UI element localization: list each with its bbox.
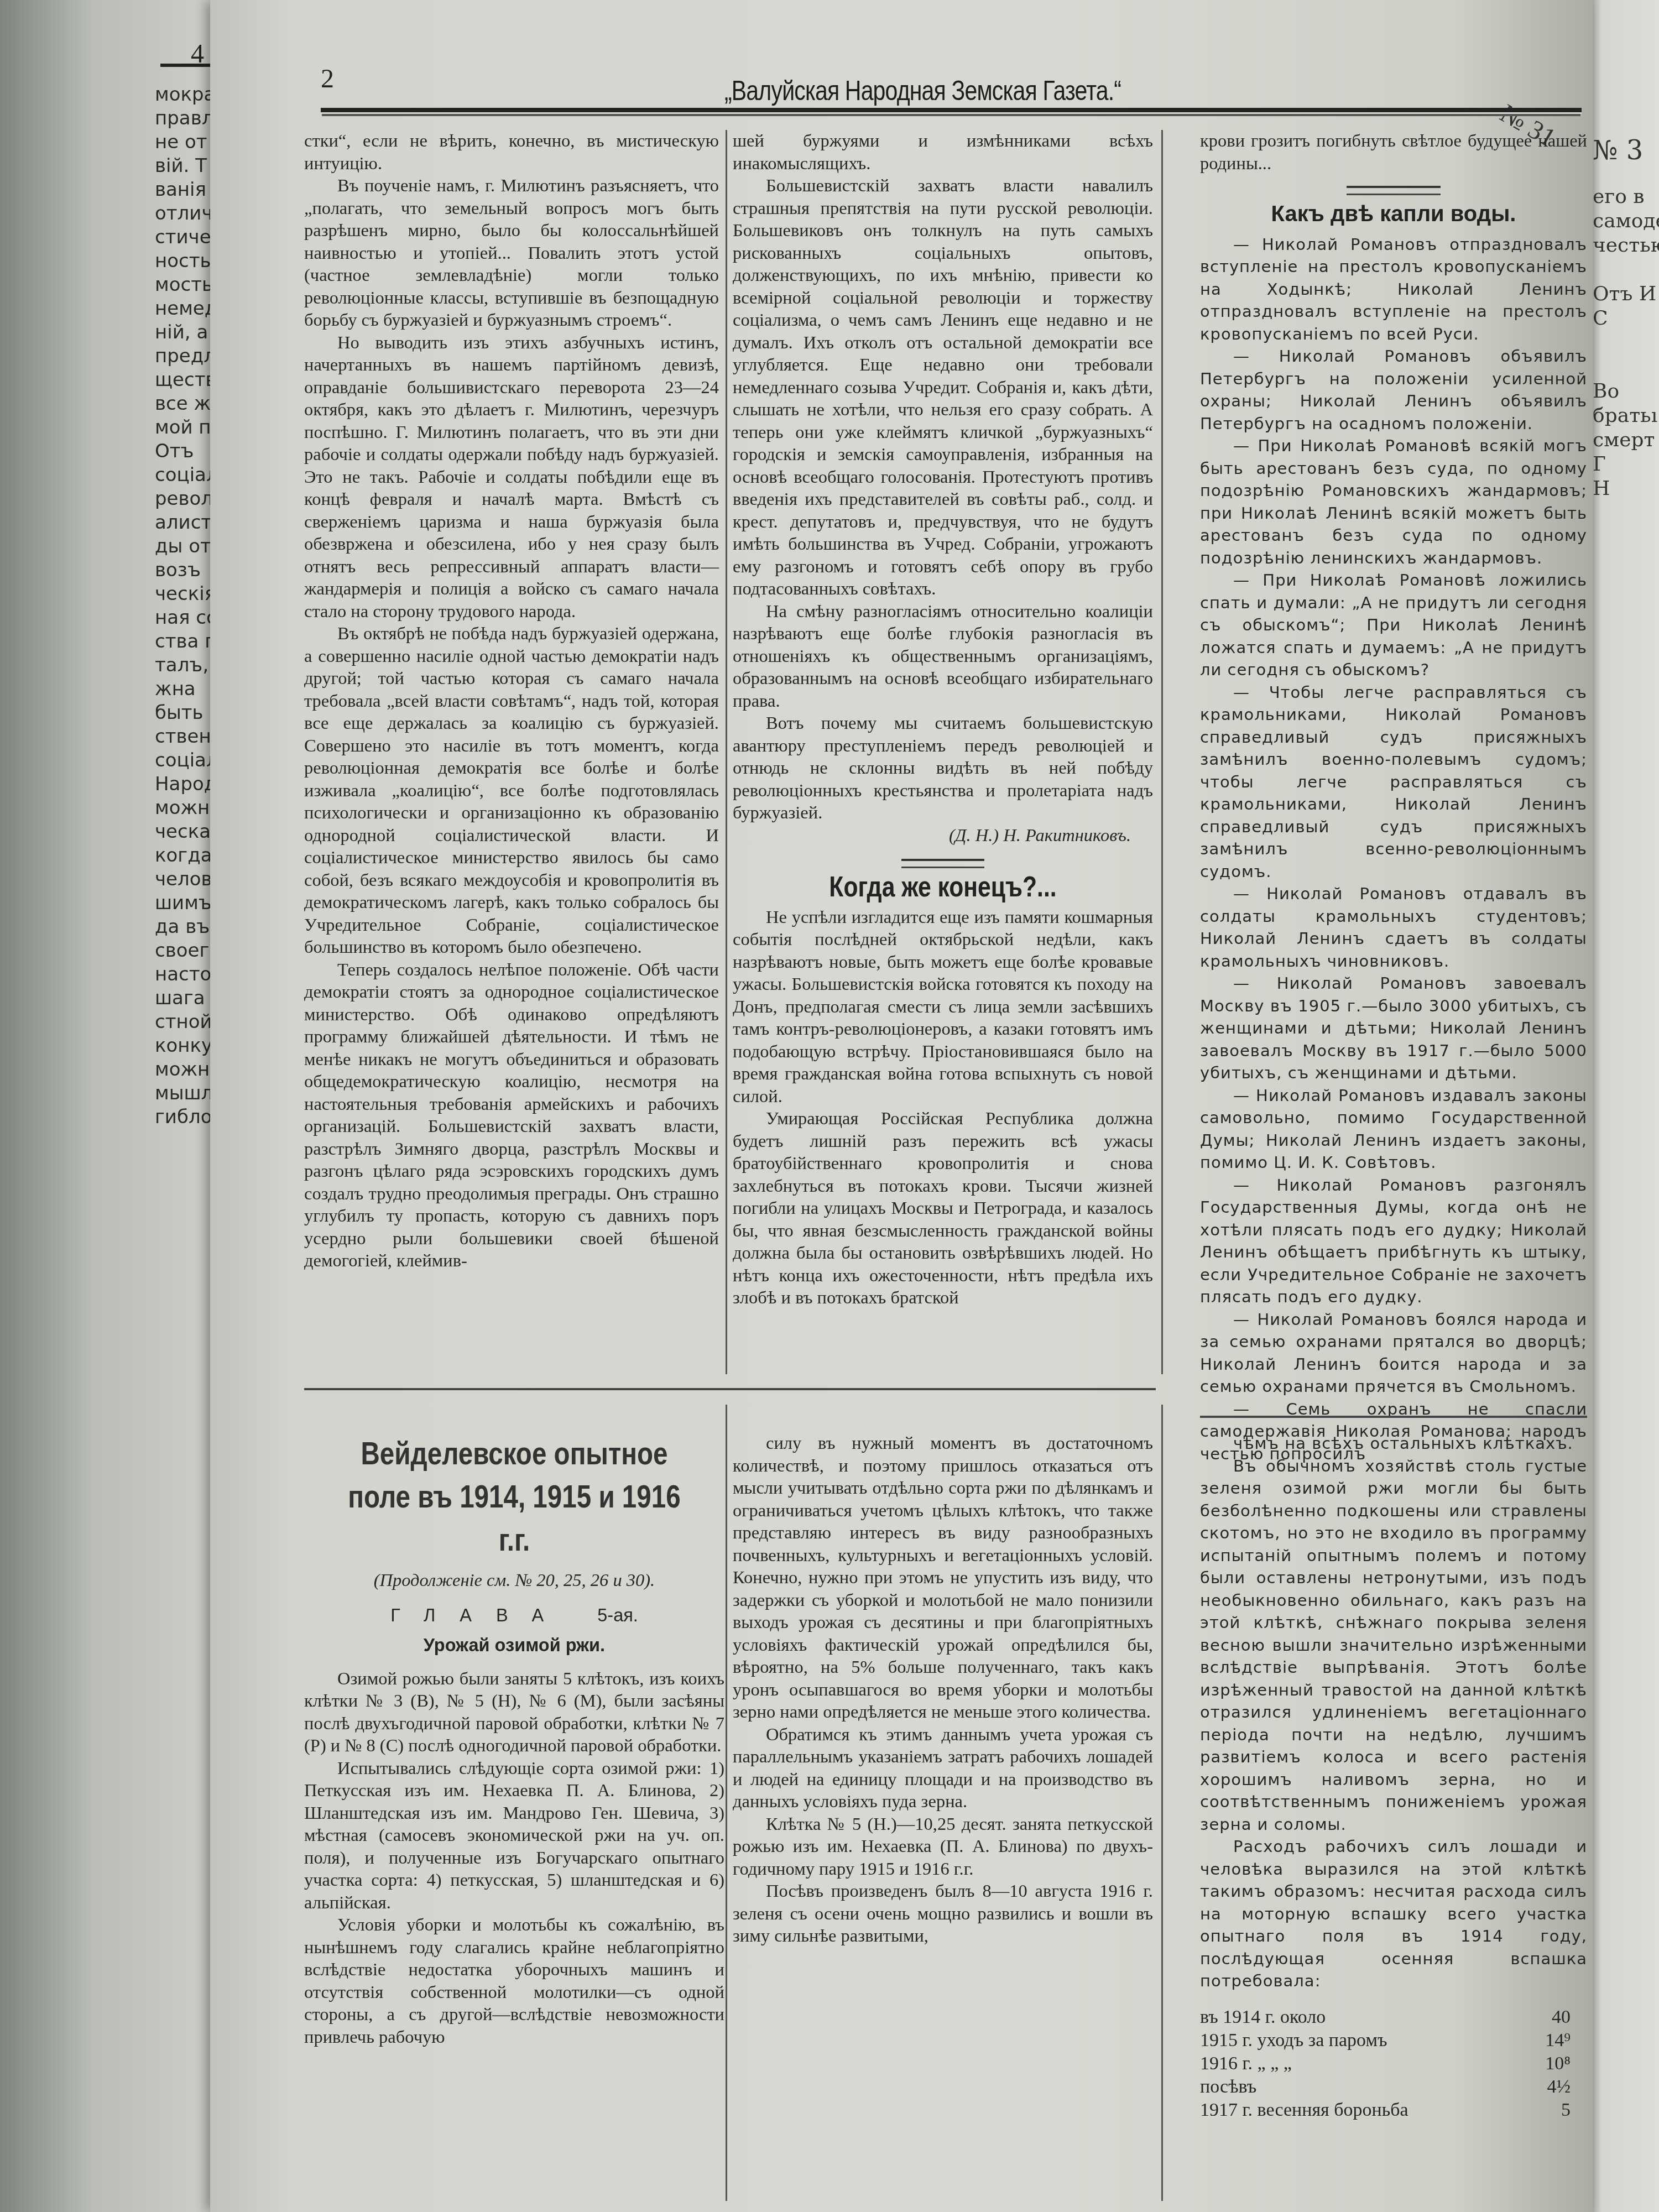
chapter-number: 5-ая.	[597, 1605, 638, 1625]
article-paragraph: Испытывались слѣдующіе сорта озимой ржи:…	[304, 1757, 724, 1914]
row-value: 4½	[1547, 2075, 1588, 2099]
headline-experimental-field: Вейделевское опытное поле въ 1914, 1915 …	[342, 1432, 686, 1562]
field-article-column-1: Вейделевское опытное поле въ 1914, 1915 …	[304, 1432, 724, 2048]
masthead-rule	[321, 108, 1582, 114]
underlying-previous-page: 4 мокраправлне отвій. Тваніяотличастичес…	[0, 0, 232, 2212]
row-label: въ 1914 г. около	[1200, 2006, 1326, 2029]
next-page-fragments: № 3его всамодечестью Отъ ИС Вобратьıсмер…	[1593, 138, 1659, 501]
labor-table: въ 1914 г. около401915 г. уходъ за паром…	[1200, 2006, 1587, 2122]
comparison-item: — Николай Романовъ отпраздновалъ вступле…	[1200, 233, 1587, 346]
row-label: посѣвъ	[1200, 2075, 1256, 2099]
article-column-2: шей буржуями и измѣнниками всѣхъ инакомы…	[733, 130, 1153, 1310]
labor-table-row: посѣвъ4½	[1200, 2075, 1587, 2099]
article-paragraph: Посѣвъ произведенъ былъ 8—10 августа 191…	[733, 1880, 1153, 1948]
article-paragraph: чѣмъ на всѣхъ остальныхъ клѣткахъ.	[1200, 1432, 1587, 1455]
column-divider	[1161, 130, 1163, 1374]
column-divider	[726, 130, 727, 1374]
comparison-item: — Николай Романовъ разгонялъ Государстве…	[1200, 1174, 1587, 1308]
comparison-item: — Николай Романовъ издавалъ законы самов…	[1200, 1084, 1587, 1174]
article-column-1: стки“, если не вѣрить, конечно, въ мисти…	[304, 130, 719, 1272]
article-paragraph: силу въ нужный моментъ въ достаточномъ к…	[733, 1432, 1153, 1724]
article-paragraph: шей буржуями и измѣнниками всѣхъ инакомы…	[733, 130, 1153, 175]
section-rule	[1200, 1416, 1587, 1418]
article-paragraph: Озимой рожью были заняты 5 клѣтокъ, изъ …	[304, 1668, 724, 1757]
chapter-label: ГЛАВА	[390, 1605, 568, 1625]
article-paragraph: Обратимся къ этимъ даннымъ учета урожая …	[733, 1724, 1153, 1813]
headline-two-drops: Какъ двѣ капли воды.	[1200, 203, 1587, 226]
article-paragraph: Въ поученіе намъ, г. Милютинъ разъясняет…	[304, 175, 719, 332]
comparison-item: — При Николаѣ Романовѣ ложились спать и …	[1200, 569, 1587, 681]
subheading-rye-harvest: Урожай озимой ржи.	[304, 1634, 724, 1657]
article-paragraph: Не успѣли изгладится еще изъ памяти кошм…	[733, 906, 1153, 1108]
continued-text: крови грозитъ погибнуть свѣтлое будущее …	[1200, 130, 1587, 175]
article-paragraph: Но выводить изъ этихъ азбучныхъ истинъ, …	[304, 332, 719, 623]
article-paragraph: Умирающая Россійская Республика должна б…	[733, 1108, 1153, 1310]
field-article-column-2: силу въ нужный моментъ въ достаточномъ к…	[733, 1432, 1153, 1948]
article-paragraph: На смѣну разногласіямъ относительно коал…	[733, 601, 1153, 713]
row-value: 14⁹	[1545, 2029, 1587, 2052]
field-article-column-3: чѣмъ на всѣхъ остальныхъ клѣткахъ.Въ обы…	[1200, 1432, 1587, 2122]
next-page-edge: № 3его всамодечестью Отъ ИС Вобратьıсмер…	[1587, 0, 1659, 2212]
article-paragraph: Въ октябрѣ не побѣда надъ буржуазіей оде…	[304, 623, 719, 959]
section-divider	[1347, 186, 1441, 195]
newspaper-page: 2 „Валуйская Народная Земская Газета.“ №…	[210, 0, 1593, 2212]
article-paragraph: Расходъ рабочихъ силъ лошади и человѣка …	[1200, 1835, 1587, 1992]
article-paragraph: Въ обычномъ хозяйствѣ столь густые зелен…	[1200, 1455, 1587, 1836]
masthead-title: „Валуйская Народная Земская Газета.“	[724, 75, 1121, 107]
row-value: 10⁸	[1545, 2052, 1587, 2075]
page-number: 2	[321, 64, 334, 94]
column-divider	[1161, 1405, 1163, 2201]
article-paragraph: стки“, если не вѣрить, конечно, въ мисти…	[304, 130, 719, 175]
article-paragraph: Большевистскій захватъ власти навалилъ с…	[733, 175, 1153, 601]
article-signature: (Д. Н.) Н. Ракитниковъ.	[733, 825, 1153, 847]
headline-when-end: Когда же конецъ?...	[770, 876, 1115, 899]
row-label: 1915 г. уходъ за паромъ	[1200, 2029, 1387, 2052]
comparison-item: — Николай Романовъ боялся народа и за се…	[1200, 1308, 1587, 1398]
comparison-item: — Чтобы легче расправляться съ крамольни…	[1200, 681, 1587, 883]
comparison-item: — Николай Романовъ отдавалъ въ солдаты к…	[1200, 883, 1587, 972]
row-value: 40	[1552, 2006, 1587, 2029]
article-paragraph: Теперь создалось нелѣпое положеніе. Обѣ …	[304, 959, 719, 1272]
comparison-item: — Николай Романовъ завоевалъ Москву въ 1…	[1200, 972, 1587, 1084]
comparison-item: — Николай Романовъ объявилъ Петербургъ н…	[1200, 345, 1587, 435]
column-divider	[726, 1405, 727, 2201]
continuation-note: (Продолженіе см. № 20, 25, 26 и 30).	[304, 1569, 724, 1592]
labor-table-row: въ 1914 г. около40	[1200, 2006, 1587, 2029]
row-value: 5	[1561, 2099, 1587, 2122]
article-paragraph: Клѣтка № 5 (Н.)—10,25 десят. занята петк…	[733, 1813, 1153, 1881]
article-paragraph: Условія уборки и молотьбы къ сожалѣнію, …	[304, 1914, 724, 2048]
section-divider	[901, 859, 984, 868]
section-rule	[304, 1388, 1156, 1390]
comparison-item: — При Николаѣ Романовѣ всякій могъ быть …	[1200, 435, 1587, 569]
article-column-3: крови грозитъ погибнуть свѣтлое будущее …	[1200, 130, 1587, 1465]
chapter-heading: ГЛАВА 5-ая.	[304, 1604, 724, 1627]
labor-table-row: 1917 г. весенняя бороньба5	[1200, 2099, 1587, 2122]
labor-table-row: 1916 г. „ „ „10⁸	[1200, 2052, 1587, 2075]
row-label: 1916 г. „ „ „	[1200, 2052, 1292, 2075]
labor-table-row: 1915 г. уходъ за паромъ14⁹	[1200, 2029, 1587, 2052]
row-label: 1917 г. весенняя бороньба	[1200, 2099, 1408, 2122]
article-paragraph: Вотъ почему мы считаемъ большевистскую а…	[733, 712, 1153, 825]
